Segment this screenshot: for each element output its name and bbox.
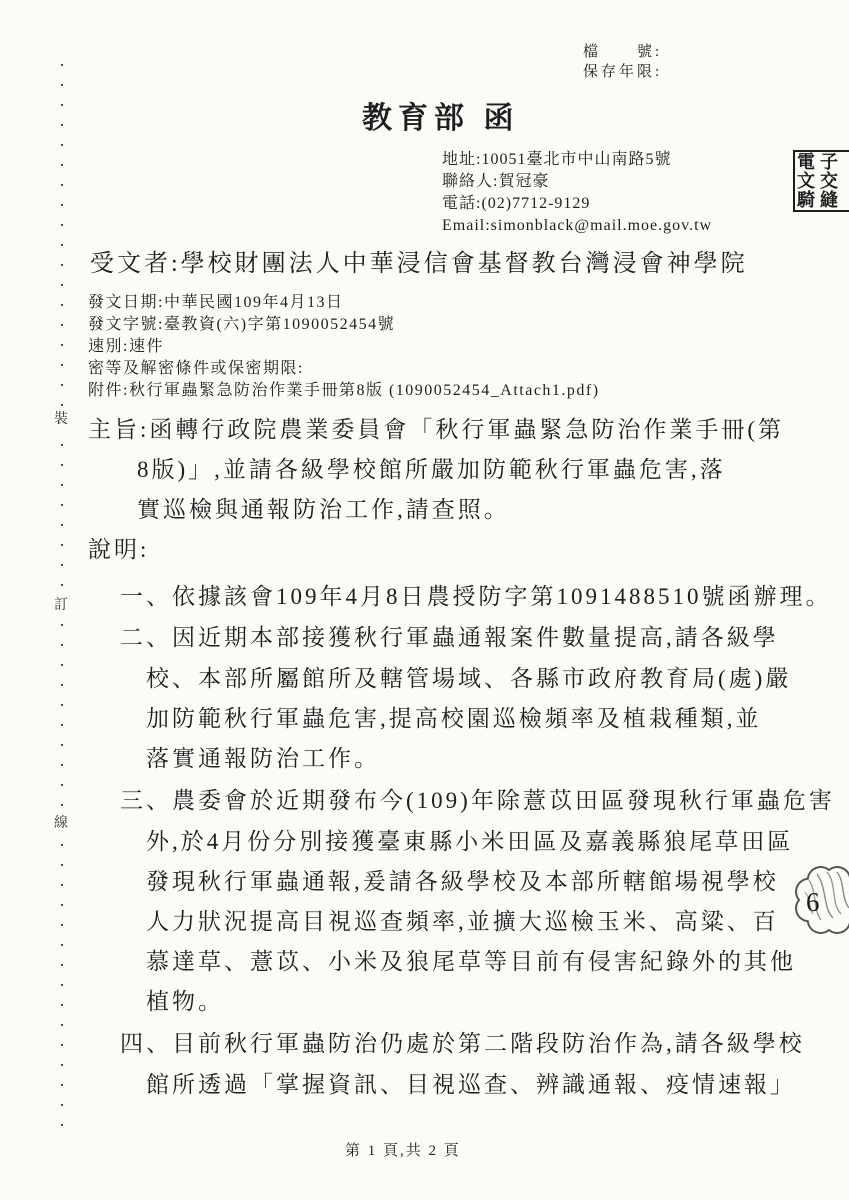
retention-period-label: 保存年限:	[583, 65, 662, 80]
sender-address: 地址:10051臺北市中山南路5號	[442, 152, 671, 168]
explanation-item-line: 加防範秋行軍蟲危害,提高校園巡檢頻率及植栽種類,並	[146, 707, 762, 730]
explanation-item-line: 四、目前秋行軍蟲防治仍處於第二階段防治作為,請各級學校	[120, 1032, 805, 1055]
official-letter-page: 裝 訂 線 檔 號: 保存年限: 教育部 函 地址:10051臺北市中山南路5號…	[0, 0, 849, 1200]
binding-mark-zhuang: 裝	[53, 410, 69, 430]
explanation-item-line: 慕達草、薏苡、小米及狼尾草等目前有侵害紀錄外的其他	[146, 950, 796, 973]
document-title: 教育部 函	[362, 104, 520, 134]
subject-line: 8版)」,並請各級學校館所嚴加防範秋行軍蟲危害,落	[137, 458, 726, 481]
binding-mark-xian: 線	[53, 814, 69, 834]
reference-number-line: 發文字號:臺教資(六)字第1090052454號	[88, 317, 395, 333]
attachment-line: 附件:秋行軍蟲緊急防治作業手冊第8版 (1090052454_Attach1.p…	[88, 383, 600, 399]
explanation-item-line: 館所透過「掌握資訊、目視巡查、辨識通報、疫情速報」	[146, 1073, 796, 1096]
sender-contact-person: 聯絡人:賀冠豪	[442, 174, 549, 190]
page-indicator: 第 1 頁,共 2 頁	[345, 1144, 461, 1159]
seal-scalloped-outline	[796, 867, 849, 933]
issue-date-line: 發文日期:中華民國109年4月13日	[88, 295, 343, 311]
file-number-label: 檔 號:	[583, 45, 662, 60]
explanation-label: 說明:	[88, 538, 149, 561]
explanation-item-line: 落實通報防治工作。	[146, 747, 380, 770]
priority-line: 速別:速件	[88, 339, 164, 355]
seal-grain-line	[827, 872, 841, 914]
explanation-item-line: 發現秋行軍蟲通報,爰請各級學校及本部所轄館場視學校	[146, 870, 779, 893]
seal-grain-line	[837, 872, 849, 908]
stamp-row: 文交	[797, 172, 849, 191]
seal-page-number: 6	[806, 887, 820, 917]
stamp-row: 電子	[797, 153, 849, 172]
explanation-item-line: 二、因近期本部接獲秋行軍蟲通報案件數量提高,請各級學	[120, 626, 779, 649]
sender-email: Email:simonblack@mail.moe.gov.tw	[442, 218, 712, 234]
explanation-item-line: 一、依據該會109年4月8日農授防字第1091488510號函辦理。	[120, 585, 832, 608]
recipient-line: 受文者:學校財團法人中華浸信會基督教台灣浸會神學院	[90, 252, 748, 276]
electronic-exchange-stamp: 電子 文交 騎縫	[793, 150, 849, 212]
explanation-item-line: 外,於4月份分別接獲臺東縣小米田區及嘉義縣狼尾草田區	[146, 830, 793, 853]
explanation-item-line: 人力狀況提高目視巡查頻率,並擴大巡檢玉米、高粱、百	[146, 910, 779, 933]
stamp-row: 騎縫	[797, 191, 849, 210]
subject-line: 實巡檢與通報防治工作,請查照。	[137, 498, 510, 521]
explanation-item-line: 植物。	[146, 990, 224, 1013]
binding-mark-ding: 訂	[53, 596, 69, 616]
explanation-item-line: 三、農委會於近期發布今(109)年除薏苡田區發現秋行軍蟲危害	[120, 789, 835, 812]
classification-line: 密等及解密條件或保密期限:	[88, 361, 304, 377]
subject-line: 主旨:函轉行政院農業委員會「秋行軍蟲緊急防治作業手冊(第	[88, 418, 784, 441]
sender-phone: 電話:(02)7712-9129	[442, 196, 590, 212]
explanation-item-line: 校、本部所屬館所及轄管場域、各縣市政府教育局(處)嚴	[146, 667, 791, 690]
page-number-seal: 6	[783, 858, 849, 942]
